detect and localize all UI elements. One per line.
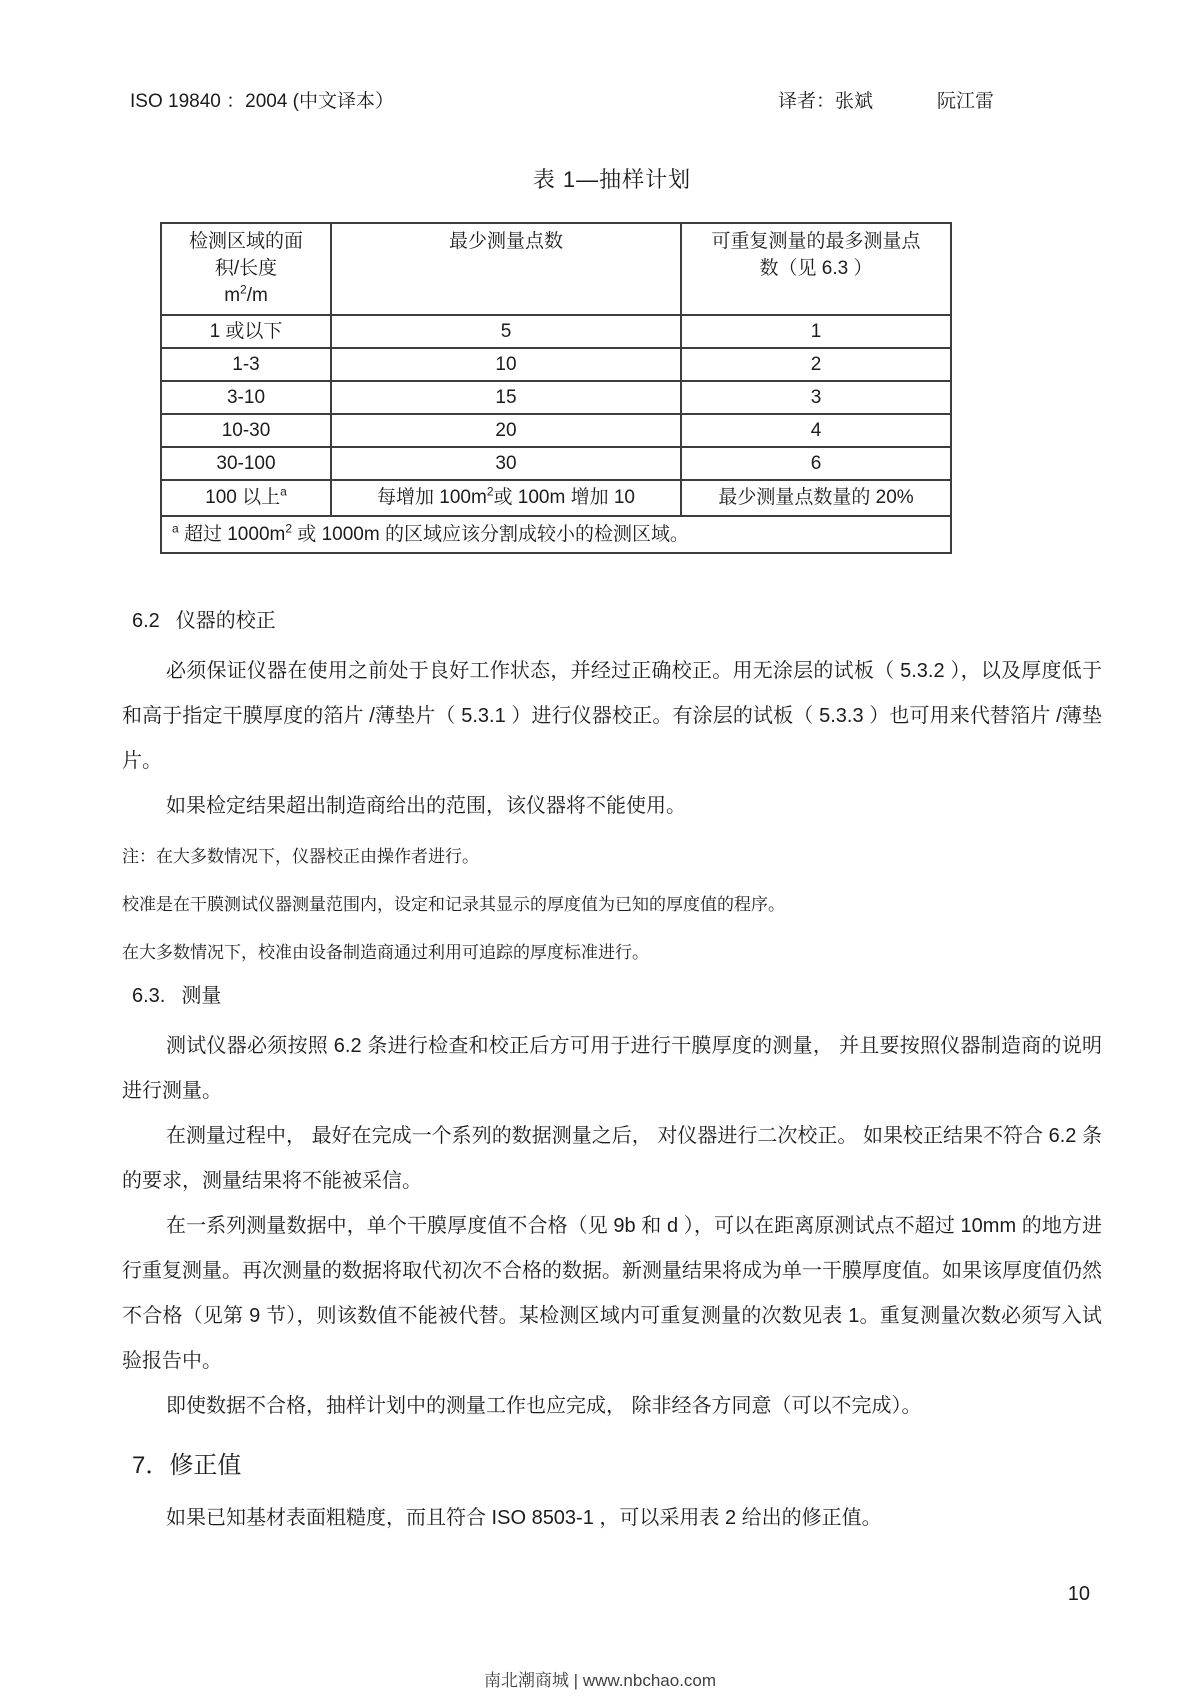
header-max-repeat-line1: 可重复测量的最多测量点 [711, 231, 920, 252]
header-area-unit: m2/m [224, 285, 268, 306]
header-area-line2: 积/长度 [215, 258, 277, 279]
table-header-row: 检测区域的面 积/长度 m2/m 最少测量点数 可重复测量的最多测量点 数（见 … [161, 223, 951, 315]
table-footnote-row: a 超过 1000m2 或 1000m 的区域应该分割成较小的检测区域。 [161, 516, 951, 553]
table-row: 1 或以下 5 1 [161, 315, 951, 348]
table-row: 3-10 15 3 [161, 381, 951, 414]
cell-max-repeat: 2 [681, 348, 951, 381]
table-row: 1-3 10 2 [161, 348, 951, 381]
section-6-3-title: 测量 [181, 985, 221, 1007]
section-6-2-paragraph-1: 必须保证仪器在使用之前处于良好工作状态，并经过正确校正。用无涂层的试板（ 5.3… [122, 649, 1102, 784]
section-6-2-title: 仪器的校正 [176, 610, 276, 632]
table-footnote: a 超过 1000m2 或 1000m 的区域应该分割成较小的检测区域。 [161, 516, 951, 553]
table-title: 表 1—抽样计划 [122, 163, 1102, 194]
document-header: ISO 19840 ：2004 (中文译本） 译者：张斌 阮江雷 [122, 86, 1102, 113]
cell-min-points: 15 [331, 381, 681, 414]
translators: 译者：张斌 阮江雷 [778, 86, 1102, 113]
cell-max-repeat: 1 [681, 315, 951, 348]
header-area-line1: 检测区域的面 [189, 231, 303, 252]
cell-max-repeat: 3 [681, 381, 951, 414]
cell-area: 30-100 [161, 447, 331, 480]
cell-max-repeat: 6 [681, 447, 951, 480]
section-6-3-paragraph-2: 在测量过程中， 最好在完成一个系列的数据测量之后， 对仪器进行二次校正。 如果校… [122, 1114, 1102, 1204]
header-min-points: 最少测量点数 [331, 223, 681, 315]
section-6-3-paragraph-4: 即使数据不合格，抽样计划中的测量工作也应完成， 除非经各方同意（可以不完成）。 [122, 1384, 1102, 1429]
table-row: 10-30 20 4 [161, 414, 951, 447]
section-6-2-paragraph-2: 如果检定结果超出制造商给出的范围，该仪器将不能使用。 [122, 784, 1102, 829]
cell-min-points: 30 [331, 447, 681, 480]
header-area: 检测区域的面 积/长度 m2/m [161, 223, 331, 315]
page-number: 10 [122, 1583, 1102, 1606]
note-line-3: 在大多数情况下，校准由设备制造商通过利用可追踪的厚度标准进行。 [122, 933, 1102, 973]
cell-min-points: 20 [331, 414, 681, 447]
cell-max-repeat: 最少测量点数量的 20% [681, 480, 951, 516]
section-6-2-number: 6.2 [132, 610, 160, 632]
cell-min-points: 10 [331, 348, 681, 381]
section-7-heading: 7．修正值 [122, 1445, 1102, 1480]
cell-area: 100 以上a [161, 480, 331, 516]
section-6-3-paragraph-3: 在一系列测量数据中，单个干膜厚度值不合格（见 9b 和 d ），可以在距离原测试… [122, 1204, 1102, 1384]
cell-min-points: 每增加 100m2或 100m 增加 10 [331, 480, 681, 516]
cell-area: 3-10 [161, 381, 331, 414]
cell-area: 1-3 [161, 348, 331, 381]
note-line-2: 校准是在干膜测试仪器测量范围内，设定和记录其显示的厚度值为已知的厚度值的程序。 [122, 885, 1102, 925]
table-row: 30-100 30 6 [161, 447, 951, 480]
translator-2: 阮江雷 [937, 86, 994, 113]
table-row-over-100: 100 以上a 每增加 100m2或 100m 增加 10 最少测量点数量的 2… [161, 480, 951, 516]
section-7-paragraph-1: 如果已知基材表面粗糙度，而且符合 ISO 8503-1 ，可以采用表 2 给出的… [122, 1496, 1102, 1541]
footer-brand: 南北潮商城 | www.nbchao.com [0, 1666, 1200, 1691]
cell-max-repeat: 4 [681, 414, 951, 447]
cell-min-points: 5 [331, 315, 681, 348]
section-6-3-heading: 6.3.测量 [122, 979, 1102, 1008]
header-max-repeat-line2: 数（见 6.3 ） [760, 258, 873, 279]
cell-area: 1 或以下 [161, 315, 331, 348]
document-page: ISO 19840 ：2004 (中文译本） 译者：张斌 阮江雷 表 1—抽样计… [0, 0, 1200, 1606]
section-6-2-heading: 6.2仪器的校正 [122, 604, 1102, 633]
cell-area: 10-30 [161, 414, 331, 447]
translator-1: 译者：张斌 [778, 86, 873, 113]
section-6-3-paragraph-1: 测试仪器必须按照 6.2 条进行检查和校正后方可用于进行干膜厚度的测量， 并且要… [122, 1024, 1102, 1114]
doc-title: ISO 19840 ：2004 (中文译本） [130, 86, 394, 113]
note-line-1: 注：在大多数情况下，仪器校正由操作者进行。 [122, 837, 1102, 877]
header-max-repeat: 可重复测量的最多测量点 数（见 6.3 ） [681, 223, 951, 315]
sampling-table: 检测区域的面 积/长度 m2/m 最少测量点数 可重复测量的最多测量点 数（见 … [160, 222, 952, 554]
section-6-3-number: 6.3. [132, 985, 165, 1007]
